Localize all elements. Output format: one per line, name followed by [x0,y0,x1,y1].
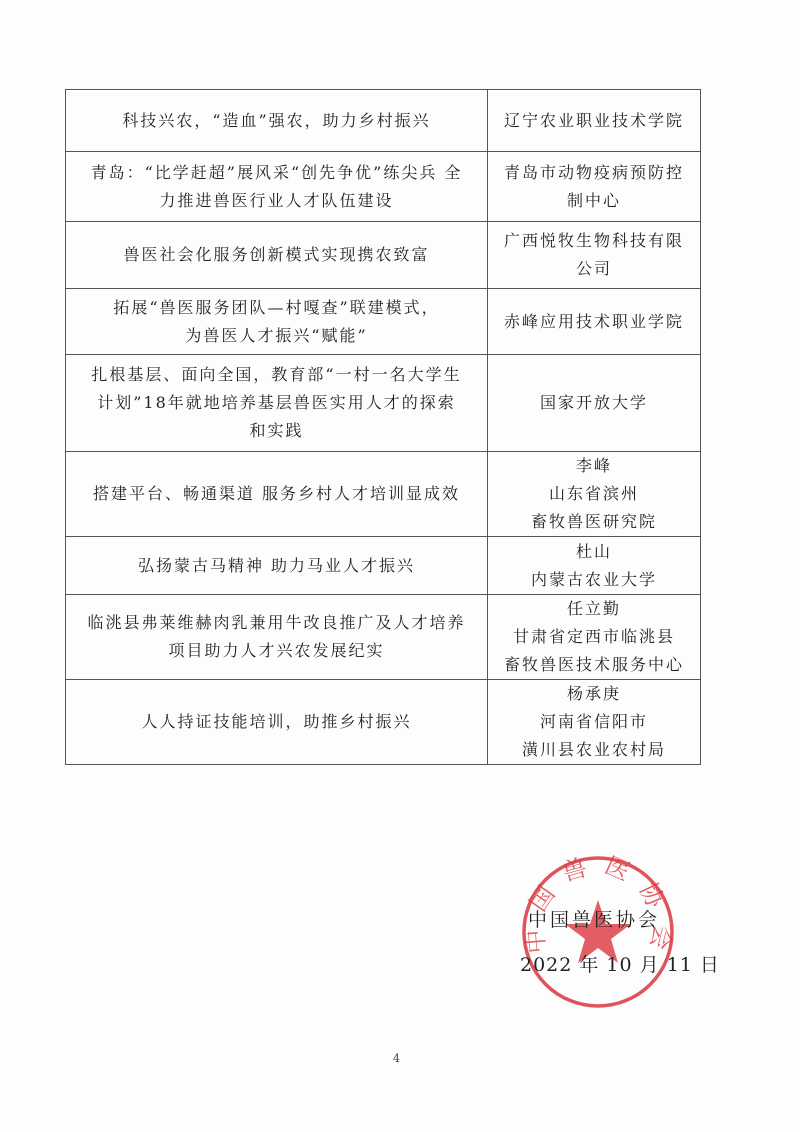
organization-cell: 国家开放大学 [488,355,701,452]
project-title-cell-line: 人人持证技能培训，助推乡村振兴 [70,708,483,736]
project-title-cell: 科技兴农，“造血”强农，助力乡村振兴 [66,90,488,152]
organization-cell-line: 内蒙古农业大学 [492,566,696,594]
organization-cell-line: 李峰 [492,452,696,480]
project-title-cell-line: 为兽医人才振兴“赋能” [70,322,483,350]
document-page: 科技兴农，“造血”强农，助力乡村振兴辽宁农业职业技术学院青岛：“比学赶超”展风采… [0,0,800,1132]
organization-cell-line: 甘肃省定西市临洮县 [492,623,696,651]
organization-cell: 赤峰应用技术职业学院 [488,289,701,355]
project-title-cell-line: 青岛：“比学赶超”展风采“创先争优”练尖兵 全 [70,159,483,187]
page-number: 4 [393,1052,400,1065]
issue-date: 2022 年 10 月 11 日 [520,950,720,977]
project-title-cell-line: 科技兴农，“造血”强农，助力乡村振兴 [70,107,483,135]
table-row: 扎根基层、面向全国，教育部“一村一名大学生计划”18年就地培养基层兽医实用人才的… [66,355,701,452]
table-row: 兽医社会化服务创新模式实现携农致富广西悦牧生物科技有限公司 [66,222,701,289]
organization-cell: 杨承庚河南省信阳市潢川县农业农村局 [488,680,701,765]
organization-cell: 任立勤甘肃省定西市临洮县畜牧兽医技术服务中心 [488,595,701,680]
project-title-cell: 扎根基层、面向全国，教育部“一村一名大学生计划”18年就地培养基层兽医实用人才的… [66,355,488,452]
organization-cell-line: 畜牧兽医研究院 [492,508,696,536]
project-title-cell-line: 弘扬蒙古马精神 助力马业人才振兴 [70,552,483,580]
project-title-cell-line: 扎根基层、面向全国，教育部“一村一名大学生 [70,361,483,389]
table-row: 拓展“兽医服务团队—村嘎查”联建模式，为兽医人才振兴“赋能”赤峰应用技术职业学院 [66,289,701,355]
project-title-cell-line: 临洮县弗莱维赫肉乳兼用牛改良推广及人才培养 [70,609,483,637]
organization-cell-line: 河南省信阳市 [492,708,696,736]
organization-cell-line: 任立勤 [492,595,696,623]
project-title-cell-line: 拓展“兽医服务团队—村嘎查”联建模式， [70,294,483,322]
organization-cell: 青岛市动物疫病预防控制中心 [488,152,701,222]
project-title-cell: 青岛：“比学赶超”展风采“创先争优”练尖兵 全力推进兽医行业人才队伍建设 [66,152,488,222]
project-title-cell-line: 搭建平台、畅通渠道 服务乡村人才培训显成效 [70,480,483,508]
organization-cell-line: 山东省滨州 [492,480,696,508]
table-row: 青岛：“比学赶超”展风采“创先争优”练尖兵 全力推进兽医行业人才队伍建设青岛市动… [66,152,701,222]
project-title-cell-line: 力推进兽医行业人才队伍建设 [70,187,483,215]
organization-cell-line: 杜山 [492,538,696,566]
table-row: 搭建平台、畅通渠道 服务乡村人才培训显成效李峰山东省滨州畜牧兽医研究院 [66,452,701,537]
issuer-name: 中国兽医协会 [528,905,660,932]
official-seal-icon: 中国兽医协会 [518,852,678,1012]
organization-cell-line: 潢川县农业农村局 [492,736,696,764]
project-title-cell-line: 计划”18年就地培养基层兽医实用人才的探索 [70,389,483,417]
table-row: 弘扬蒙古马精神 助力马业人才振兴杜山内蒙古农业大学 [66,537,701,595]
table-row: 临洮县弗莱维赫肉乳兼用牛改良推广及人才培养项目助力人才兴农发展纪实任立勤甘肃省定… [66,595,701,680]
project-title-cell: 兽医社会化服务创新模式实现携农致富 [66,222,488,289]
organization-cell: 辽宁农业职业技术学院 [488,90,701,152]
organization-cell-line: 辽宁农业职业技术学院 [492,107,696,135]
organization-cell: 李峰山东省滨州畜牧兽医研究院 [488,452,701,537]
organization-cell-line: 公司 [492,255,696,283]
project-title-cell-line: 兽医社会化服务创新模式实现携农致富 [70,241,483,269]
organization-cell-line: 畜牧兽医技术服务中心 [492,651,696,679]
organization-cell: 广西悦牧生物科技有限公司 [488,222,701,289]
awards-table: 科技兴农，“造血”强农，助力乡村振兴辽宁农业职业技术学院青岛：“比学赶超”展风采… [65,89,701,765]
project-title-cell-line: 和实践 [70,417,483,445]
table-row: 人人持证技能培训，助推乡村振兴杨承庚河南省信阳市潢川县农业农村局 [66,680,701,765]
project-title-cell-line: 项目助力人才兴农发展纪实 [70,637,483,665]
organization-cell-line: 杨承庚 [492,680,696,708]
project-title-cell: 弘扬蒙古马精神 助力马业人才振兴 [66,537,488,595]
organization-cell-line: 赤峰应用技术职业学院 [492,308,696,336]
organization-cell-line: 国家开放大学 [492,389,696,417]
organization-cell-line: 制中心 [492,187,696,215]
project-title-cell: 人人持证技能培训，助推乡村振兴 [66,680,488,765]
table-row: 科技兴农，“造血”强农，助力乡村振兴辽宁农业职业技术学院 [66,90,701,152]
project-title-cell: 临洮县弗莱维赫肉乳兼用牛改良推广及人才培养项目助力人才兴农发展纪实 [66,595,488,680]
organization-cell-line: 广西悦牧生物科技有限 [492,227,696,255]
organization-cell-line: 青岛市动物疫病预防控 [492,159,696,187]
organization-cell: 杜山内蒙古农业大学 [488,537,701,595]
project-title-cell: 搭建平台、畅通渠道 服务乡村人才培训显成效 [66,452,488,537]
project-title-cell: 拓展“兽医服务团队—村嘎查”联建模式，为兽医人才振兴“赋能” [66,289,488,355]
